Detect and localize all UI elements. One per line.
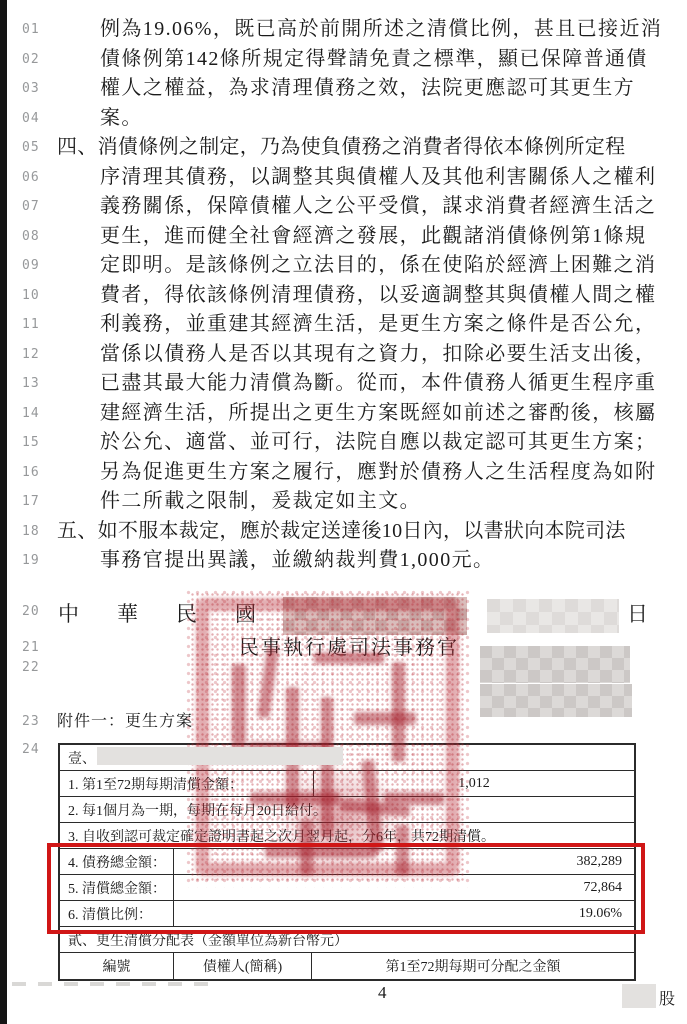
gutter-number: 04 <box>22 111 48 126</box>
scanned-court-ruling-page: { "document": { "gutter": ["01","02","03… <box>0 0 687 1024</box>
redaction-officer-name-mosaic <box>480 684 632 717</box>
redaction-division-block <box>622 984 656 1008</box>
header-col-creditor: 債權人(簡稱) <box>174 953 312 979</box>
gutter-number: 02 <box>22 52 48 67</box>
red-highlight-box <box>47 843 645 934</box>
roc-era-label: 中華民國 <box>58 598 294 628</box>
body-line: 當係以債務人是否以其現有之資力，扣除必要生活支出後， <box>100 341 656 367</box>
gutter-number: 19 <box>22 553 48 568</box>
body-line: 利義務，並重建其經濟生活，是更生方案之條件是否公允， <box>100 311 656 337</box>
body-line: 建經濟生活，所提出之更生方案既經如前述之審酌後，核屬 <box>100 400 656 426</box>
body-line: 件二所載之限制，爰裁定如主文。 <box>100 488 421 514</box>
body-line: 已盡其最大能力清償為斷。從而，本件債務人循更生程序重 <box>100 370 656 396</box>
seal-stroke <box>354 712 416 725</box>
gutter-number: 08 <box>22 229 48 244</box>
gutter-number: 05 <box>22 140 48 155</box>
gutter-number: 12 <box>22 347 48 362</box>
division-suffix-label: 股 <box>659 986 675 1009</box>
body-line: 費者，得依該條例清理債務，以妥適調整其與債權人間之權 <box>100 282 656 308</box>
redaction-table-title-block <box>97 747 343 765</box>
body-line: 事務官提出異議，並繳納裁判費1,000元。 <box>100 547 494 573</box>
gutter-number: 06 <box>22 170 48 185</box>
row1-label: 1. 第1至72期每期清償金額： <box>60 771 314 796</box>
gutter-number: 14 <box>22 406 48 421</box>
row2-label: 2. 每1個月為一期，每期在每月20日給付。 <box>60 797 634 822</box>
gutter-number: 01 <box>22 22 48 37</box>
header-col-number: 編號 <box>60 953 174 979</box>
table-header-row: 編號 債權人(簡稱) 第1至72期每期可分配之金額 <box>60 953 634 979</box>
table-row-2: 2. 每1個月為一期，每期在每月20日給付。 <box>60 797 634 823</box>
row1-value: 1,012 <box>314 771 634 796</box>
table-row-1: 1. 第1至72期每期清償金額： 1,012 <box>60 771 634 797</box>
gutter-number: 17 <box>22 494 48 509</box>
redaction-officer-name-mosaic <box>480 646 630 683</box>
body-line: 債條例第142條所規定得聲請免責之標準，顯已保障普通債 <box>100 46 648 72</box>
body-line: 定即明。是該條例之立法目的，係在使陷於經濟上困難之消 <box>100 252 656 278</box>
gutter-number: 15 <box>22 435 48 450</box>
scan-edge-strip <box>0 0 7 1024</box>
redaction-date-mosaic <box>283 597 467 635</box>
gutter-number: 13 <box>22 376 48 391</box>
body-line-item-5: 五、如不服本裁定，應於裁定送達後10日內，以書狀向本院司法 <box>57 518 626 544</box>
header-col-amount: 第1至72期每期可分配之金額 <box>312 953 634 979</box>
date-day-label: 日 <box>627 598 648 628</box>
gutter-number: 16 <box>22 465 48 480</box>
page-number: 4 <box>378 983 387 1003</box>
body-line: 案。 <box>100 105 143 131</box>
gutter-number: 20 <box>22 604 48 619</box>
gutter-number: 10 <box>22 288 48 303</box>
body-line: 另為促進更生方案之履行，應對於債務人之生活程度為如附 <box>100 459 656 485</box>
body-line-item-4: 四、消債條例之制定，乃為使負債務之消費者得依本條例所定程 <box>57 134 625 160</box>
officer-title: 民事執行處司法事務官 <box>239 631 459 660</box>
scan-artifact-dashes <box>12 982 208 986</box>
gutter-number: 23 <box>22 714 48 729</box>
body-line: 於公允、適當、並可行，法院自應以裁定認可其更生方案； <box>100 429 656 455</box>
gutter-number: 21 <box>22 640 48 655</box>
body-line: 序清理其債務，以調整其與債權人及其他利害關係人之權利 <box>100 164 656 190</box>
body-line: 義務關係，保障債權人之公平受償，謀求消費者經濟生活之 <box>100 193 656 219</box>
gutter-number: 24 <box>22 742 48 757</box>
gutter-number: 03 <box>22 81 48 96</box>
gutter-number: 22 <box>22 660 48 675</box>
redaction-date-right-mosaic <box>487 599 619 633</box>
body-line: 權人之權益，為求清理債務之效，法院更應認可其更生方 <box>100 75 635 101</box>
body-line: 例為19.06%，既已高於前開所述之清償比例，甚且已接近消 <box>100 16 662 42</box>
gutter-number: 07 <box>22 199 48 214</box>
gutter-number: 09 <box>22 258 48 273</box>
gutter-number: 11 <box>22 317 48 332</box>
attachment-title: 附件一：更生方案 <box>57 708 193 731</box>
body-line: 更生，進而健全社會經濟之發展，此觀諸消債條例第1條規 <box>100 223 646 249</box>
gutter-number: 18 <box>22 524 48 539</box>
